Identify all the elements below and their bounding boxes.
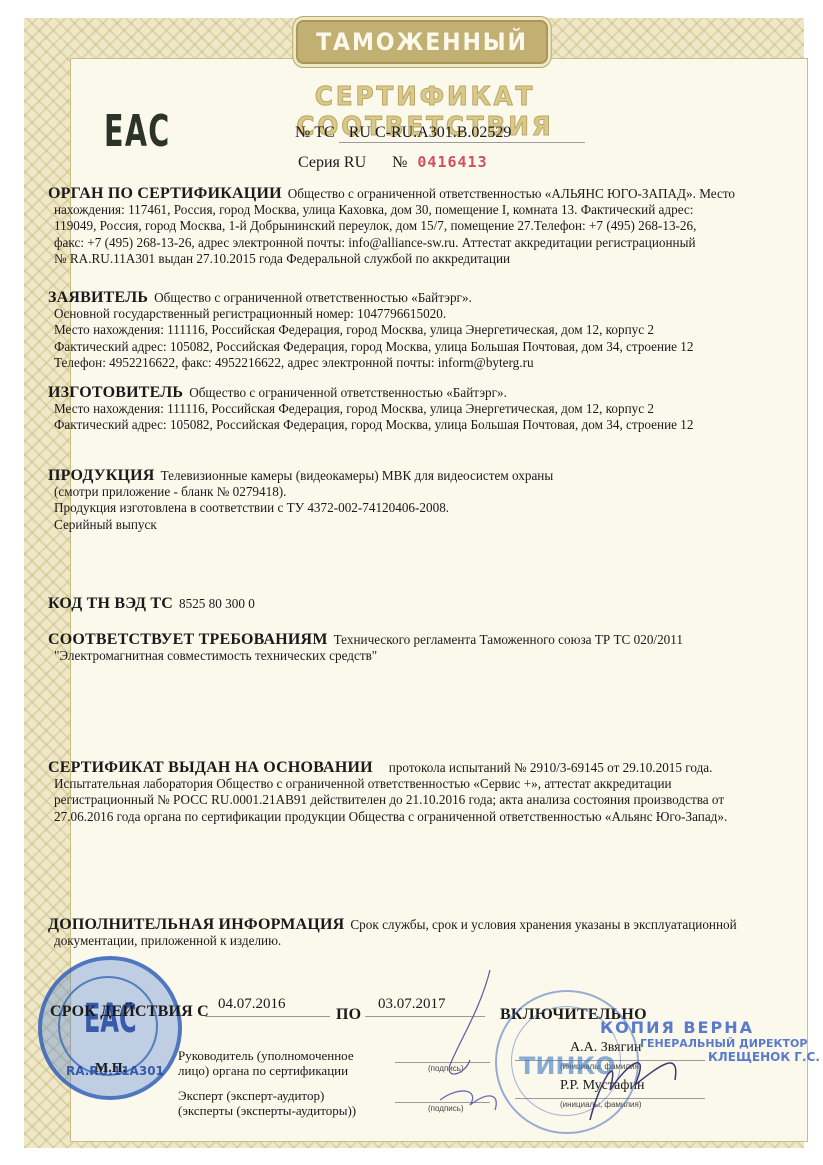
- text-line: № RA.RU.11А301 выдан 27.10.2015 года Фед…: [48, 251, 778, 267]
- text-line: регистрационный № РОСС RU.0001.21АВ91 де…: [48, 792, 778, 808]
- additional-info-section: ДОПОЛНИТЕЛЬНАЯ ИНФОРМАЦИЯСрок службы, ср…: [48, 917, 778, 949]
- conformity-section: СООТВЕТСТВУЕТ ТРЕБОВАНИЯМТехнического ре…: [48, 632, 778, 664]
- section-heading: ЗАЯВИТЕЛЬ: [48, 289, 148, 306]
- blank-number: 0416413: [417, 153, 487, 171]
- validity-to-label: ПО: [336, 1006, 361, 1024]
- customs-union-badge: ТАМОЖЕННЫЙ СОЮЗ: [296, 20, 548, 64]
- text-line: Фактический адрес: 105082, Российская Фе…: [48, 339, 778, 355]
- text-line: Место нахождения: 111116, Российская Фед…: [48, 401, 778, 417]
- text-line: (смотри приложение - бланк № 0279418).: [48, 484, 778, 500]
- basis-section: СЕРТИФИКАТ ВЫДАН НА ОСНОВАНИИпротокола и…: [48, 760, 778, 825]
- text-line: Общество с ограниченной ответственностью…: [154, 290, 472, 305]
- text-line: "Электромагнитная совместимость техничес…: [48, 648, 778, 664]
- expert-label-line: (эксперты (эксперты-аудиторы)): [178, 1103, 356, 1118]
- expert-label-line: Эксперт (эксперт-аудитор): [178, 1088, 356, 1103]
- text-line: Срок службы, срок и условия хранения ука…: [350, 917, 736, 932]
- from-underline: [205, 1016, 330, 1017]
- text-line: Общество с ограниченной ответственностью…: [288, 186, 735, 201]
- text-line: Продукция изготовлена в соответствии с Т…: [48, 500, 778, 516]
- number-label: №: [392, 154, 407, 171]
- tc-number-line: № ТС RU C-RU.А301.В.02529: [295, 124, 585, 143]
- text-line: документации, приложенной к изделию.: [48, 933, 778, 949]
- validity-from-date: 04.07.2016: [218, 996, 286, 1013]
- head-label-line: Руководитель (уполномоченное: [178, 1048, 354, 1063]
- section-heading: ПРОДУКЦИЯ: [48, 467, 155, 484]
- section-heading: СООТВЕТСТВУЕТ ТРЕБОВАНИЯМ: [48, 631, 328, 648]
- tc-number: RU C-RU.А301.В.02529: [339, 124, 585, 143]
- certification-body-section: ОРГАН ПО СЕРТИФИКАЦИИОбщество с ограниче…: [48, 186, 778, 267]
- signature-scribbles-icon: [420, 970, 720, 1130]
- series-line: Серия RU № 0416413: [298, 153, 488, 172]
- text-line: протокола испытаний № 2910/3-69145 от 29…: [389, 760, 713, 775]
- head-label-line: лицо) органа по сертификации: [178, 1063, 354, 1078]
- text-line: Испытательная лаборатория Общество с огр…: [48, 776, 778, 792]
- text-line: Фактический адрес: 105082, Российская Фе…: [48, 417, 778, 433]
- text-line: Телевизионные камеры (видеокамеры) МВК д…: [161, 468, 554, 483]
- text-line: Серийный выпуск: [48, 517, 778, 533]
- section-heading: СЕРТИФИКАТ ВЫДАН НА ОСНОВАНИИ: [48, 759, 373, 776]
- section-heading: ИЗГОТОВИТЕЛЬ: [48, 384, 183, 401]
- manufacturer-section: ИЗГОТОВИТЕЛЬОбщество с ограниченной отве…: [48, 385, 778, 434]
- section-heading: ОРГАН ПО СЕРТИФИКАЦИИ: [48, 185, 282, 202]
- mp-label: М.П.: [95, 1061, 126, 1077]
- series-label: Серия RU: [298, 154, 366, 171]
- copy-stamp-line: КЛЕЩЕНОК Г.С.: [708, 1050, 820, 1064]
- eac-logo-icon: ЕАС: [104, 106, 171, 157]
- applicant-section: ЗАЯВИТЕЛЬОбщество с ограниченной ответст…: [48, 290, 778, 371]
- tc-label: № ТС: [295, 124, 335, 141]
- text-line: Место нахождения: 111116, Российская Фед…: [48, 322, 778, 338]
- text-line: Основной государственный регистрационный…: [48, 306, 778, 322]
- text-line: 27.06.2016 года органа по сертификации п…: [48, 809, 778, 825]
- hs-code-value: 8525 80 300 0: [179, 596, 255, 611]
- hs-code-section: КОД ТН ВЭД ТС8525 80 300 0: [48, 596, 778, 612]
- text-line: факс: +7 (495) 268-13-26, адрес электрон…: [48, 235, 778, 251]
- expert-label: Эксперт (эксперт-аудитор) (эксперты (экс…: [178, 1088, 356, 1118]
- text-line: нахождения: 117461, Россия, город Москва…: [48, 202, 778, 218]
- certification-body-stamp: ЕАС RA.RU.11А301: [38, 956, 182, 1100]
- text-line: Технического регламента Таможенного союз…: [334, 632, 683, 647]
- product-section: ПРОДУКЦИЯТелевизионные камеры (видеокаме…: [48, 468, 778, 533]
- head-label: Руководитель (уполномоченное лицо) орган…: [178, 1048, 354, 1078]
- section-heading: КОД ТН ВЭД ТС: [48, 595, 173, 612]
- text-line: 119049, Россия, город Москва, 1-й Добрын…: [48, 218, 778, 234]
- text-line: Телефон: 4952216622, факс: 4952216622, а…: [48, 355, 778, 371]
- section-heading: ДОПОЛНИТЕЛЬНАЯ ИНФОРМАЦИЯ: [48, 916, 344, 933]
- validity-from-label: СРОК ДЕЙСТВИЯ С: [50, 1003, 209, 1021]
- text-line: Общество с ограниченной ответственностью…: [189, 385, 507, 400]
